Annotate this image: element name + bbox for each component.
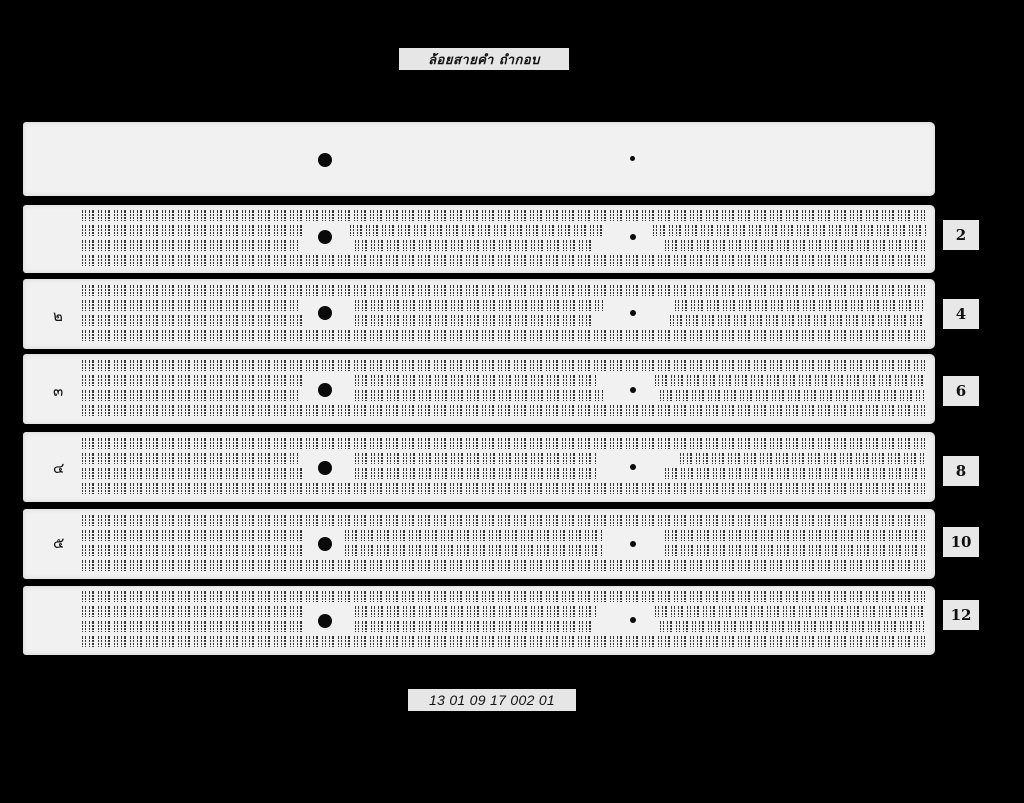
page-number: 12 (943, 600, 979, 630)
text-line (80, 636, 925, 647)
folio-numeral: ๓ (53, 379, 63, 403)
text-line (663, 468, 925, 479)
string-hole-small (630, 234, 636, 240)
string-hole (318, 461, 332, 475)
folio-numeral: ๒ (53, 304, 63, 328)
text-line (353, 375, 598, 386)
text-line (353, 390, 603, 401)
text-line (80, 300, 300, 311)
string-hole (318, 306, 332, 320)
string-hole (318, 614, 332, 628)
page-number: 4 (943, 299, 979, 329)
text-line (80, 330, 925, 341)
text-line (80, 606, 305, 617)
string-hole-small (630, 541, 636, 547)
page-number: 10 (943, 527, 979, 557)
folio-numeral: ๕ (53, 531, 64, 555)
string-hole (318, 230, 332, 244)
text-line (80, 468, 305, 479)
text-line (80, 483, 925, 494)
text-line (678, 453, 925, 464)
text-line (80, 438, 925, 449)
text-line (353, 240, 593, 251)
text-line (80, 405, 925, 416)
text-line (80, 360, 925, 371)
string-hole (318, 537, 332, 551)
text-line (668, 315, 925, 326)
text-line (658, 621, 925, 632)
string-hole-small (630, 156, 635, 161)
text-line (653, 375, 925, 386)
text-line (353, 468, 598, 479)
leaf-5: ๕ (23, 509, 935, 579)
leaf-1 (23, 205, 935, 273)
string-hole-small (630, 387, 636, 393)
text-line (663, 545, 925, 556)
text-line (80, 621, 305, 632)
text-line (353, 606, 598, 617)
text-line (353, 315, 593, 326)
text-line (80, 210, 925, 221)
text-line (343, 530, 603, 541)
string-hole-small (630, 464, 636, 470)
leaf-4: ๔ (23, 432, 935, 502)
leaf-cover (23, 122, 935, 196)
text-line (80, 255, 925, 266)
leaf-6 (23, 586, 935, 655)
text-line (343, 545, 603, 556)
folio-numeral: ๔ (53, 456, 64, 480)
string-hole-small (630, 617, 636, 623)
text-line (80, 515, 925, 526)
text-line (80, 453, 300, 464)
text-line (80, 390, 300, 401)
text-line (348, 225, 603, 236)
text-line (80, 530, 305, 541)
text-line (353, 453, 598, 464)
text-line (663, 240, 925, 251)
text-line (653, 606, 925, 617)
page-number: 2 (943, 220, 979, 250)
catalog-number-label: 13 01 09 17 002 01 (408, 689, 576, 711)
page-number: 8 (943, 456, 979, 486)
text-line (353, 300, 603, 311)
text-line (353, 621, 593, 632)
text-line (80, 560, 925, 571)
string-hole-small (630, 310, 636, 316)
text-line (651, 225, 926, 236)
text-line (80, 285, 925, 296)
text-line (80, 225, 305, 236)
text-line (80, 545, 305, 556)
leaf-3: ๓ (23, 354, 935, 424)
text-line (658, 390, 925, 401)
string-hole (318, 383, 332, 397)
text-line (80, 591, 925, 602)
text-line (673, 300, 925, 311)
leaf-2: ๒ (23, 279, 935, 349)
string-hole (318, 153, 332, 167)
text-line (663, 530, 925, 541)
text-line (80, 240, 300, 251)
text-line (80, 315, 305, 326)
page-number: 6 (943, 376, 979, 406)
text-line (80, 375, 305, 386)
title-label: ล้อยสายคำ ถำกอบ (399, 48, 569, 70)
